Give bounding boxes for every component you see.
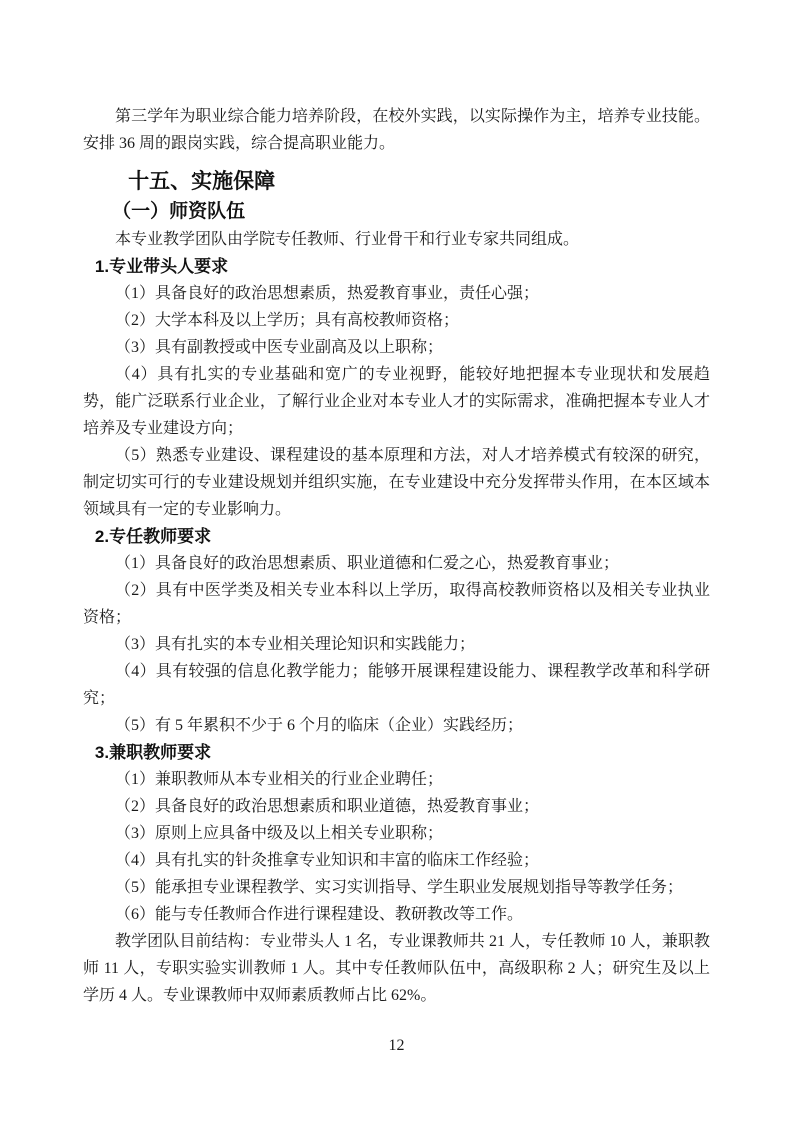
body-paragraph: 第三学年为职业综合能力培养阶段，在校外实践，以实际操作为主，培养专业技能。安排 … — [83, 103, 710, 157]
list-item: （1）具备良好的政治思想素质，热爱教育事业，责任心强； — [83, 280, 710, 307]
list-item: （2）大学本科及以上学历；具有高校教师资格； — [83, 307, 710, 334]
subsection-heading: （一）师资队伍 — [83, 198, 710, 226]
footer-page-number: 12 — [0, 1036, 793, 1056]
body-paragraph: 本专业教学团队由学院专任教师、行业骨干和行业专家共同组成。 — [83, 226, 710, 253]
numbered-heading: 3.兼职教师要求 — [83, 739, 710, 766]
section-heading: 十五、实施保障 — [83, 166, 710, 198]
list-item: （4）具有较强的信息化教学能力；能够开展课程建设能力、课程教学改革和科学研究； — [83, 658, 710, 712]
list-item: （3）具有副教授或中医专业副高及以上职称； — [83, 334, 710, 361]
list-item: （2）具备良好的政治思想素质和职业道德，热爱教育事业； — [83, 793, 710, 820]
list-item: （4）具有扎实的针灸推拿专业知识和丰富的临床工作经验； — [83, 847, 710, 874]
document-page: 第三学年为职业综合能力培养阶段，在校外实践，以实际操作为主，培养专业技能。安排 … — [0, 0, 793, 1122]
list-item: （3）原则上应具备中级及以上相关专业职称； — [83, 820, 710, 847]
list-item: （5）能承担专业课程教学、实习实训指导、学生职业发展规划指导等教学任务； — [83, 874, 710, 901]
list-item: （2）具有中医学类及相关专业本科以上学历，取得高校教师资格以及相关专业执业资格； — [83, 577, 710, 631]
numbered-heading: 1.专业带头人要求 — [83, 253, 710, 280]
list-item: （5）熟悉专业建设、课程建设的基本原理和方法，对人才培养模式有较深的研究，制定切… — [83, 442, 710, 523]
list-item: （6）能与专任教师合作进行课程建设、教研教改等工作。 — [83, 901, 710, 928]
list-item: （1）具备良好的政治思想素质、职业道德和仁爱之心，热爱教育事业； — [83, 550, 710, 577]
list-item: （5）有 5 年累积不少于 6 个月的临床（企业）实践经历； — [83, 712, 710, 739]
list-item: （4）具有扎实的专业基础和宽广的专业视野，能较好地把握本专业现状和发展趋势，能广… — [83, 361, 710, 442]
document-body: 第三学年为职业综合能力培养阶段，在校外实践，以实际操作为主，培养专业技能。安排 … — [83, 103, 710, 1009]
body-paragraph: 教学团队目前结构：专业带头人 1 名，专业课教师共 21 人，专任教师 10 人… — [83, 928, 710, 1009]
list-item: （1）兼职教师从本专业相关的行业企业聘任； — [83, 766, 710, 793]
list-item: （3）具有扎实的本专业相关理论知识和实践能力； — [83, 631, 710, 658]
numbered-heading: 2.专任教师要求 — [83, 523, 710, 550]
